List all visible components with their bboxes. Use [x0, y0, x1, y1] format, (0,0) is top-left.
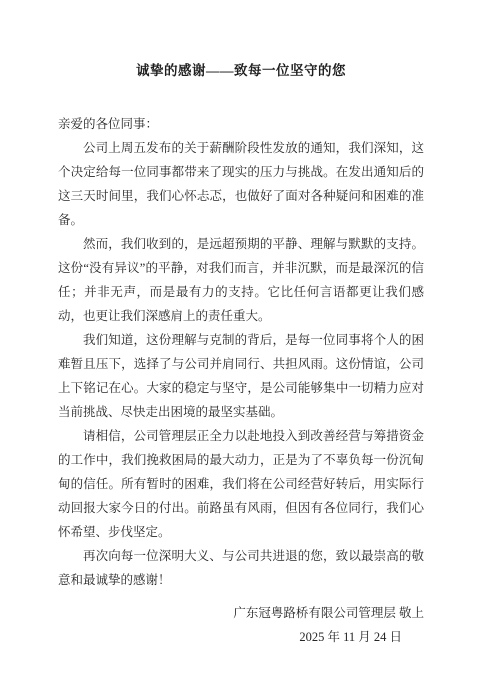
date-line: 2025 年 11 月 24 日 — [58, 625, 424, 649]
letter-body: 诚挚的感谢——致每一位坚守的您 亲爱的各位同事： 公司上周五发布的关于薪酬阶段性… — [0, 0, 481, 649]
paragraph-1: 公司上周五发布的关于薪酬阶段性发放的通知，我们深知，这个决定给每一位同事都带来了… — [58, 136, 424, 232]
letter-title: 诚挚的感谢——致每一位坚守的您 — [58, 62, 424, 79]
signature-line: 广东冠粤路桥有限公司管理层 敬上 — [58, 601, 424, 625]
paragraph-5: 再次向每一位深明大义、与公司共进退的您，致以最崇高的敬意和最诚挚的感谢！ — [58, 544, 424, 592]
paragraph-3: 我们知道，这份理解与克制的背后，是每一位同事将个人的困难暂且压下，选择了与公司并… — [58, 328, 424, 424]
paragraph-4: 请相信，公司管理层正全力以赴地投入到改善经营与筹措资金的工作中，我们挽救困局的最… — [58, 424, 424, 544]
letter-page: 诚挚的感谢——致每一位坚守的您 亲爱的各位同事： 公司上周五发布的关于薪酬阶段性… — [0, 0, 481, 680]
paragraph-2: 然而，我们收到的，是远超预期的平静、理解与默默的支持。这份“没有异议”的平静，对… — [58, 232, 424, 328]
salutation: 亲爱的各位同事： — [58, 112, 424, 136]
